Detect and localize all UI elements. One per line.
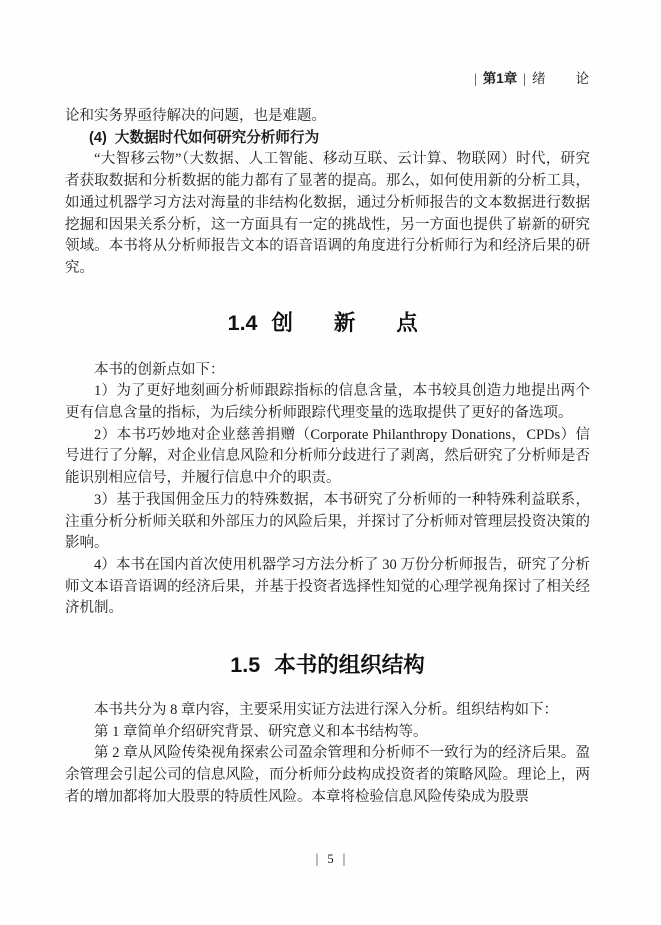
page-number: 5 <box>327 852 333 866</box>
section-1-5-heading: 1.5本书的组织结构 <box>65 650 590 680</box>
subheading-4-marker: (4) <box>89 130 107 146</box>
chapter-title: 绪 论 <box>532 71 590 86</box>
innovation-item-4: 4）本书在国内首次使用机器学习方法分析了 30 万份分析师报告，研究了分析师文本… <box>65 555 590 620</box>
header-divider-right: | <box>523 71 526 86</box>
footer-divider-left: | <box>316 851 319 866</box>
structure-paragraph-1: 本书共分为 8 章内容，主要采用实证方法进行深入分析。组织结构如下： <box>65 700 590 722</box>
innovation-item-1: 1）为了更好地刻画分析师跟踪指标的信息含量，本书较具创造力地提出两个更有信息含量… <box>65 381 590 424</box>
section-1-4-heading: 1.4创 新 点 <box>65 308 590 338</box>
header-divider-left: | <box>474 71 477 86</box>
subheading-4: (4)大数据时代如何研究分析师行为 <box>65 128 590 150</box>
innovation-item-2: 2）本书巧妙地对企业慈善捐赠（Corporate Philanthropy Do… <box>65 425 590 490</box>
page-content: 论和实务界亟待解决的问题，也是难题。 (4)大数据时代如何研究分析师行为 “大智… <box>65 106 590 809</box>
section-1-5-title: 本书的组织结构 <box>274 653 425 677</box>
footer-divider-right: | <box>343 851 346 866</box>
carryover-line: 论和实务界亟待解决的问题，也是难题。 <box>65 106 590 128</box>
subheading-4-text: 大数据时代如何研究分析师行为 <box>115 130 319 146</box>
intro-paragraph: “大智移云物”（大数据、人工智能、移动互联、云计算、物联网）时代，研究者获取数据… <box>65 149 590 279</box>
innovation-lead: 本书的创新点如下： <box>65 360 590 382</box>
page-footer: |5| <box>0 850 661 868</box>
innovation-item-3: 3）基于我国佣金压力的特殊数据，本书研究了分析师的一种特殊利益联系，注重分析分析… <box>65 490 590 555</box>
structure-paragraph-2: 第 1 章简单介绍研究背景、研究意义和本书结构等。 <box>65 722 590 744</box>
running-header: |第1章|绪 论 <box>468 70 590 88</box>
section-1-5-number: 1.5 <box>230 653 260 677</box>
section-1-4-title: 创 新 点 <box>272 311 428 335</box>
book-page: |第1章|绪 论 论和实务界亟待解决的问题，也是难题。 (4)大数据时代如何研究… <box>0 0 661 925</box>
structure-paragraph-3: 第 2 章从风险传染视角探索公司盈余管理和分析师不一致行为的经济后果。盈余管理会… <box>65 743 590 808</box>
chapter-label: 第1章 <box>483 71 518 86</box>
section-1-4-number: 1.4 <box>228 311 258 335</box>
